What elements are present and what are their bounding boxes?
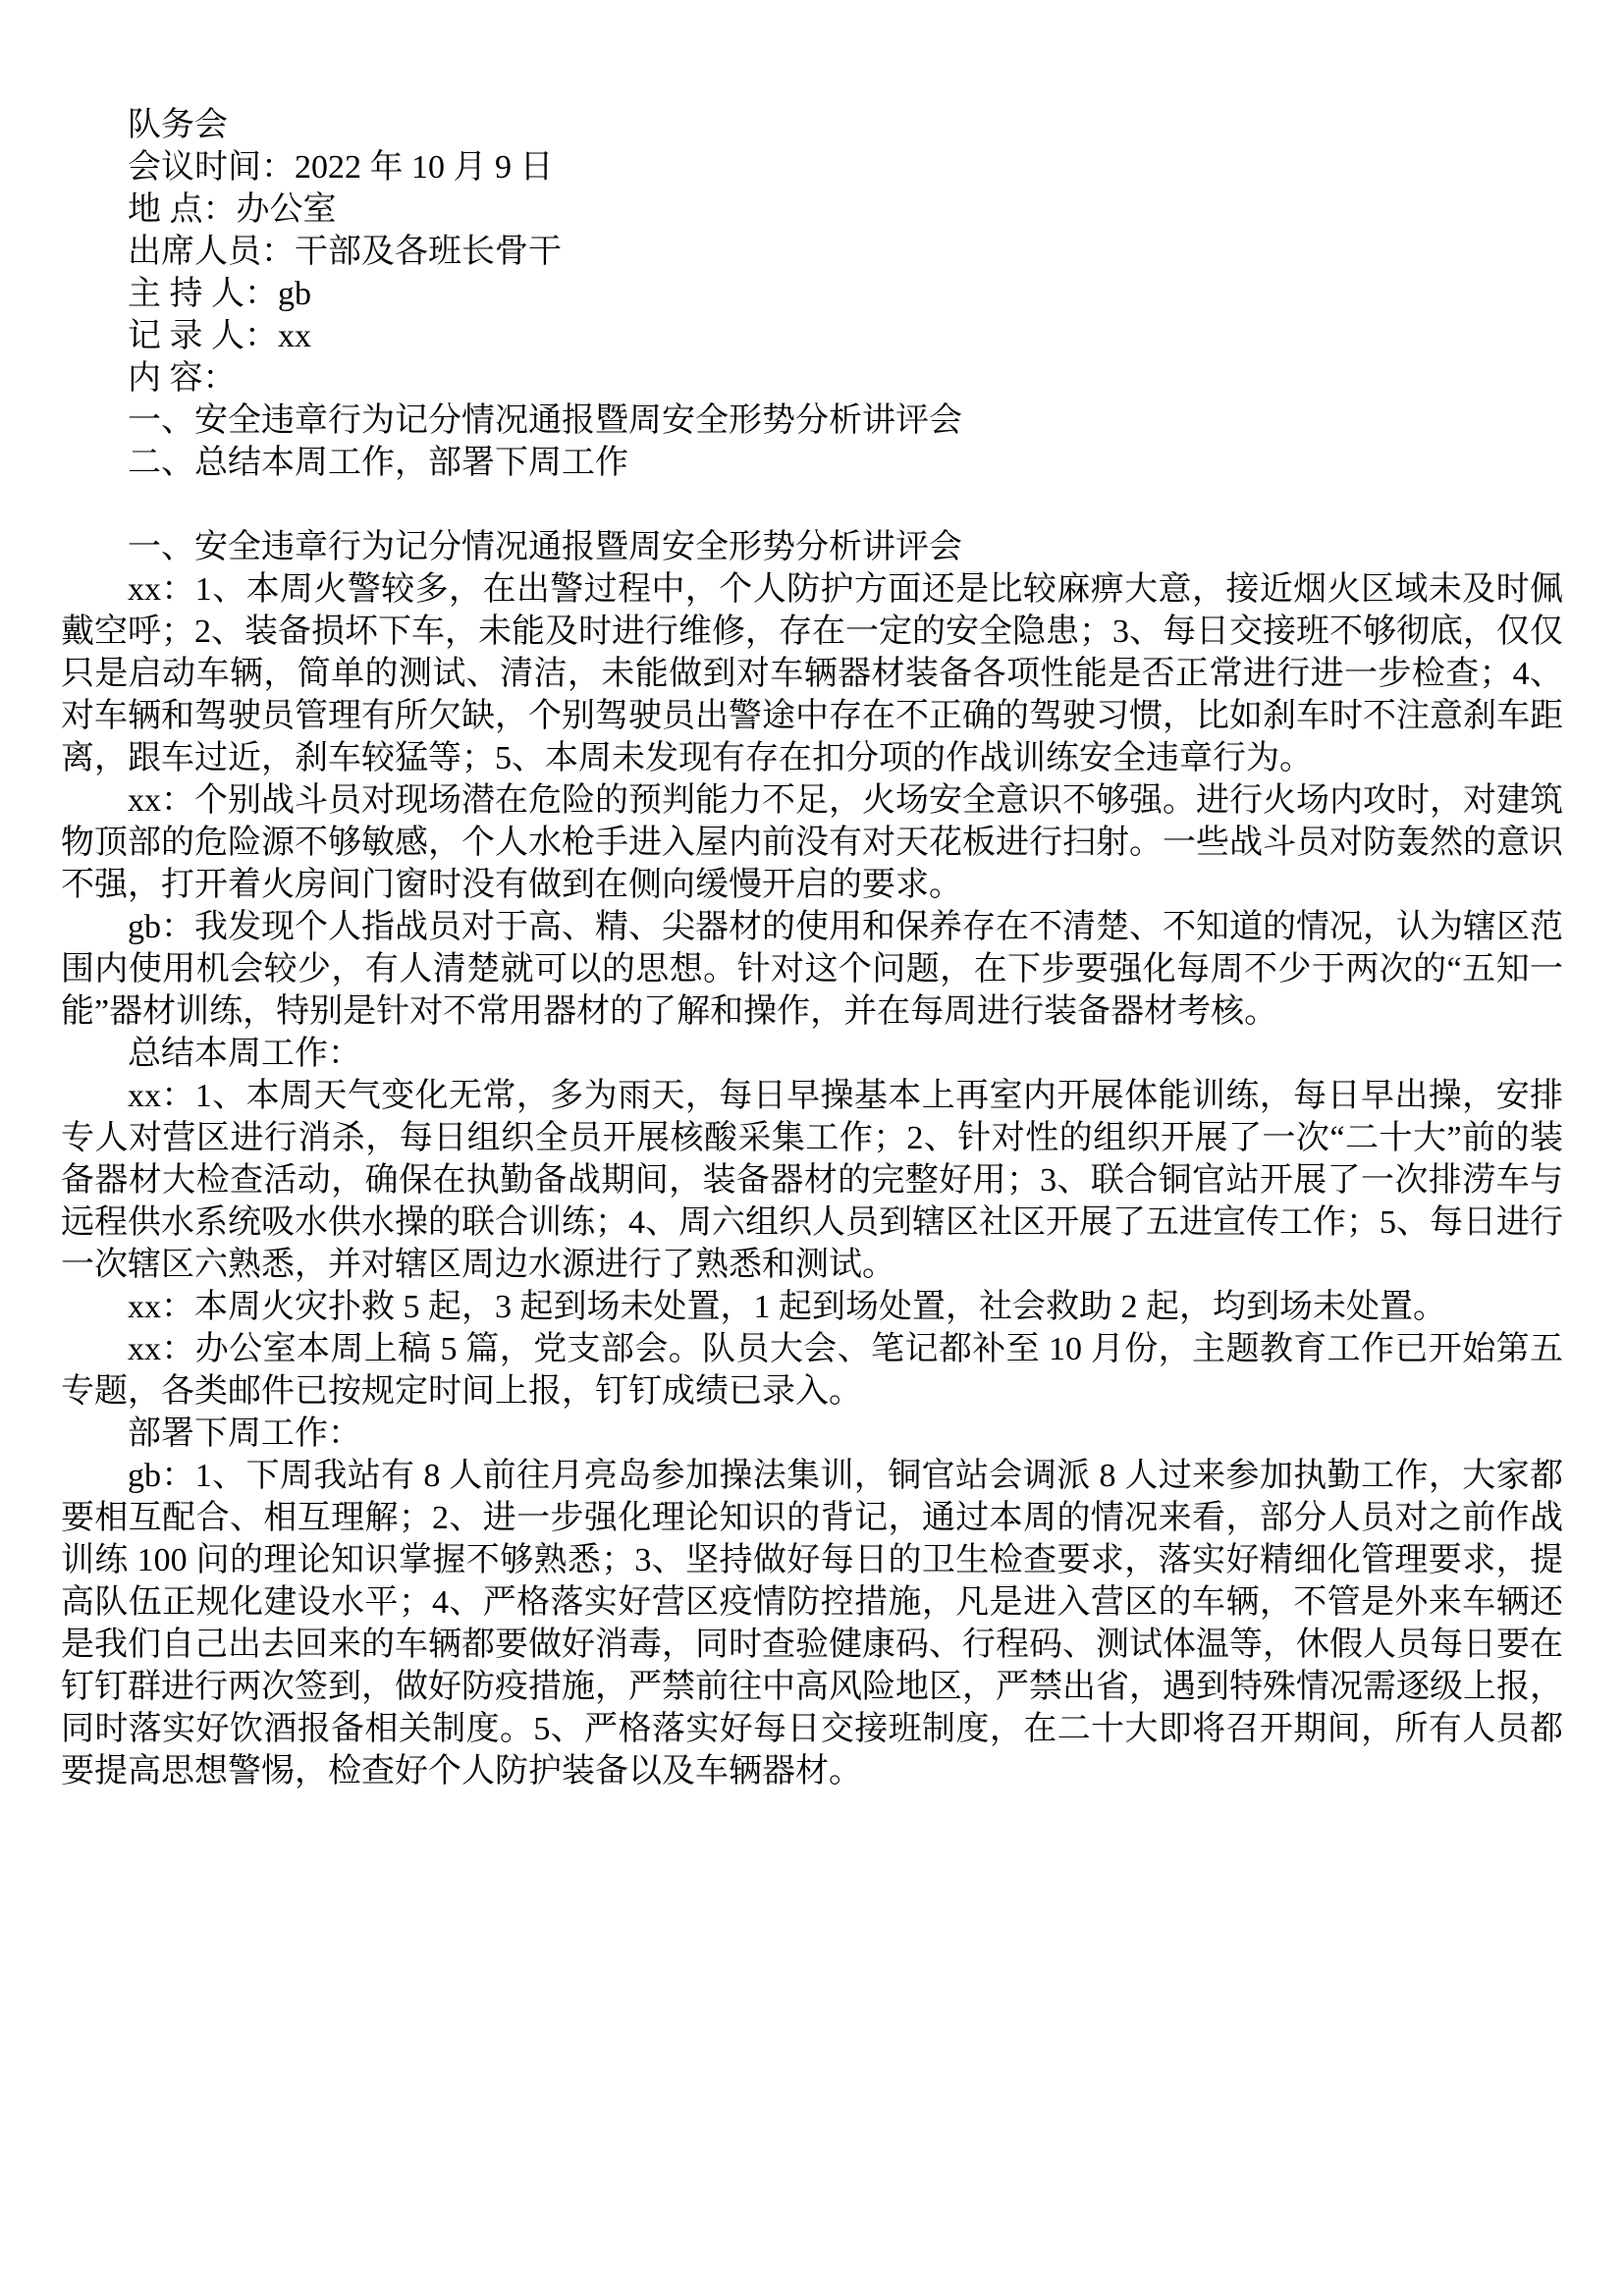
content-label-line: 内 容：	[61, 357, 1563, 400]
document-page: 队务会会议时间：2022 年 10 月 9 日地 点：办公室出席人员：干部及各班…	[0, 0, 1624, 2296]
section-heading-week-summary: 总结本周工作：	[61, 1033, 1563, 1075]
remark-xx-fireground-awareness: xx：个别战斗员对现场潜在危险的预判能力不足，火场安全意识不够强。进行火场内攻时…	[61, 779, 1563, 906]
remark-xx-safety-issues: xx：1、本周火警较多，在出警过程中，个人防护方面还是比较麻痹大意，接近烟火区域…	[61, 568, 1563, 779]
doc-title: 队务会	[61, 104, 1563, 146]
agenda-item-1: 一、安全违章行为记分情况通报暨周安全形势分析讲评会	[61, 400, 1563, 442]
remark-xx-office-work: xx：办公室本周上稿 5 篇，党支部会。队员大会、笔记都补至 10 月份，主题教…	[61, 1328, 1563, 1413]
spacer-line	[61, 484, 1563, 526]
document-body: 队务会会议时间：2022 年 10 月 9 日地 点：办公室出席人员：干部及各班…	[61, 104, 1563, 1792]
remark-gb-equipment-training: gb：我发现个人指战员对于高、精、尖器材的使用和保养存在不清楚、不知道的情况，认…	[61, 906, 1563, 1033]
meeting-time-line: 会议时间：2022 年 10 月 9 日	[61, 146, 1563, 188]
agenda-item-2: 二、总结本周工作，部署下周工作	[61, 442, 1563, 484]
remark-xx-incident-stats: xx：本周火灾扑救 5 起，3 起到场未处置，1 起到场处置，社会救助 2 起，…	[61, 1286, 1563, 1328]
remark-gb-next-week-plan: gb：1、下周我站有 8 人前往月亮岛参加操法集训，铜官站会调派 8 人过来参加…	[61, 1455, 1563, 1792]
host-line: 主 持 人：gb	[61, 273, 1563, 315]
meeting-location-line: 地 点：办公室	[61, 188, 1563, 231]
attendees-line: 出席人员：干部及各班长骨干	[61, 231, 1563, 273]
section-heading-next-week-plan: 部署下周工作：	[61, 1413, 1563, 1455]
recorder-line: 记 录 人：xx	[61, 315, 1563, 357]
section-heading-safety-review: 一、安全违章行为记分情况通报暨周安全形势分析讲评会	[61, 526, 1563, 568]
remark-xx-week-work: xx：1、本周天气变化无常，多为雨天，每日早操基本上再室内开展体能训练，每日早出…	[61, 1075, 1563, 1286]
